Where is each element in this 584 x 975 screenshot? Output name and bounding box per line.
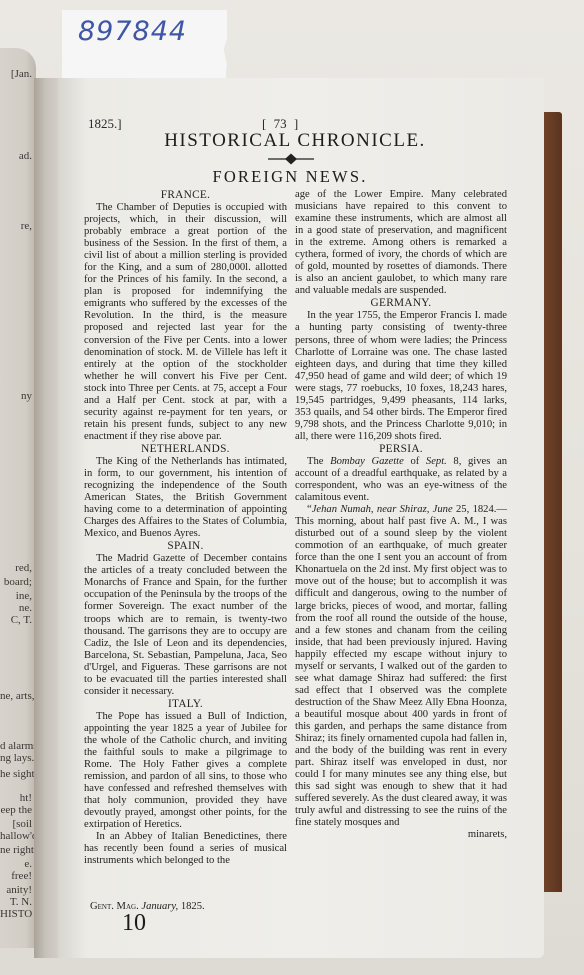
previous-page-text-fragment: ny — [0, 390, 32, 402]
previous-page-edge: [Jan.ad.re,nyred,board;ine,ne.C, T.ne, a… — [0, 48, 36, 948]
catalog-label: 897844 — [62, 10, 227, 82]
right-column: age of the Lower Empire. Many celebrated… — [295, 189, 507, 841]
page-title: HISTORICAL CHRONICLE. — [140, 130, 450, 152]
text: 25, 1824.—This morning, about half past … — [295, 504, 507, 828]
previous-page-text-fragment: ne. — [0, 602, 32, 614]
italic-text: Sept. — [426, 456, 447, 467]
previous-page-text-fragment: e. — [0, 858, 32, 870]
running-head-year: 1825.] — [88, 116, 122, 132]
previous-page-text-fragment: ne right — [0, 844, 32, 856]
previous-page-text-fragment: free! — [0, 870, 32, 882]
previous-page-text-fragment: re, — [0, 220, 32, 232]
paragraph-germany: In the year 1755, the Emperor Francis I.… — [295, 310, 507, 443]
previous-page-text-fragment: eep the — [0, 804, 32, 816]
heading-italy: ITALY. — [84, 698, 287, 711]
paragraph-italy-abbey: In an Abbey of Italian Benedictines, the… — [84, 831, 287, 867]
previous-page-text-fragment: d alarms — [0, 740, 32, 752]
previous-page-text-fragment: ht! — [0, 792, 32, 804]
paragraph-italy-continued: age of the Lower Empire. Many celebrated… — [295, 189, 507, 297]
paragraph-italy: The Pope has issued a Bull of Indiction,… — [84, 711, 287, 831]
previous-page-text-fragment: board; — [0, 576, 32, 588]
previous-page-text-fragment: ng lays. — [0, 752, 32, 764]
previous-page-text-fragment: hallow'd — [0, 830, 32, 842]
previous-page-text-fragment: [soil — [0, 818, 32, 830]
diamond-ornament-icon — [268, 153, 314, 165]
previous-page-text-fragment: T. N. — [0, 896, 32, 908]
text: The — [307, 456, 330, 467]
paragraph-persia-intro: The Bombay Gazette of Sept. 8, gives an … — [295, 456, 507, 504]
year: 1825. — [178, 901, 204, 912]
heading-germany: GERMANY. — [295, 297, 507, 310]
paragraph-france: The Chamber of Deputies is occupied with… — [84, 202, 287, 443]
catchword: minarets, — [295, 829, 507, 841]
previous-page-text-fragment: C, T. — [0, 614, 32, 626]
dateline: Jehan Numah, near Shiraz, June — [312, 504, 453, 515]
paragraph-persia-letter: “Jehan Numah, near Shiraz, June 25, 1824… — [295, 504, 507, 829]
previous-page-text-fragment: ad. — [0, 150, 32, 162]
heading-persia: PERSIA. — [295, 443, 507, 456]
previous-page-text-fragment: HISTO — [0, 908, 32, 920]
signature-line: Gent. Mag. January, 1825. — [90, 901, 205, 912]
section-title: FOREIGN NEWS. — [180, 167, 400, 187]
previous-page-text-fragment: red, — [0, 562, 32, 574]
heading-france: FRANCE. — [84, 189, 287, 202]
previous-page-text-fragment: anity! — [0, 884, 32, 896]
text: of — [404, 456, 426, 467]
month: January, — [141, 901, 178, 912]
heading-netherlands: NETHERLANDS. — [84, 443, 287, 456]
signature-folio: 10 — [122, 910, 146, 937]
heading-spain: SPAIN. — [84, 540, 287, 553]
italic-text: Bombay Gazette — [330, 456, 404, 467]
paragraph-spain: The Madrid Gazette of December contains … — [84, 553, 287, 698]
paragraph-netherlands: The King of the Netherlands has intimate… — [84, 456, 287, 540]
catalog-number: 897844 — [78, 16, 187, 47]
previous-page-text-fragment: he sight — [0, 768, 32, 780]
previous-page-text-fragment: ine, — [0, 590, 32, 602]
previous-page-text-fragment: ne, arts, — [0, 690, 32, 702]
left-column: FRANCE. The Chamber of Deputies is occup… — [84, 189, 287, 867]
previous-page-text-fragment: [Jan. — [0, 68, 32, 80]
